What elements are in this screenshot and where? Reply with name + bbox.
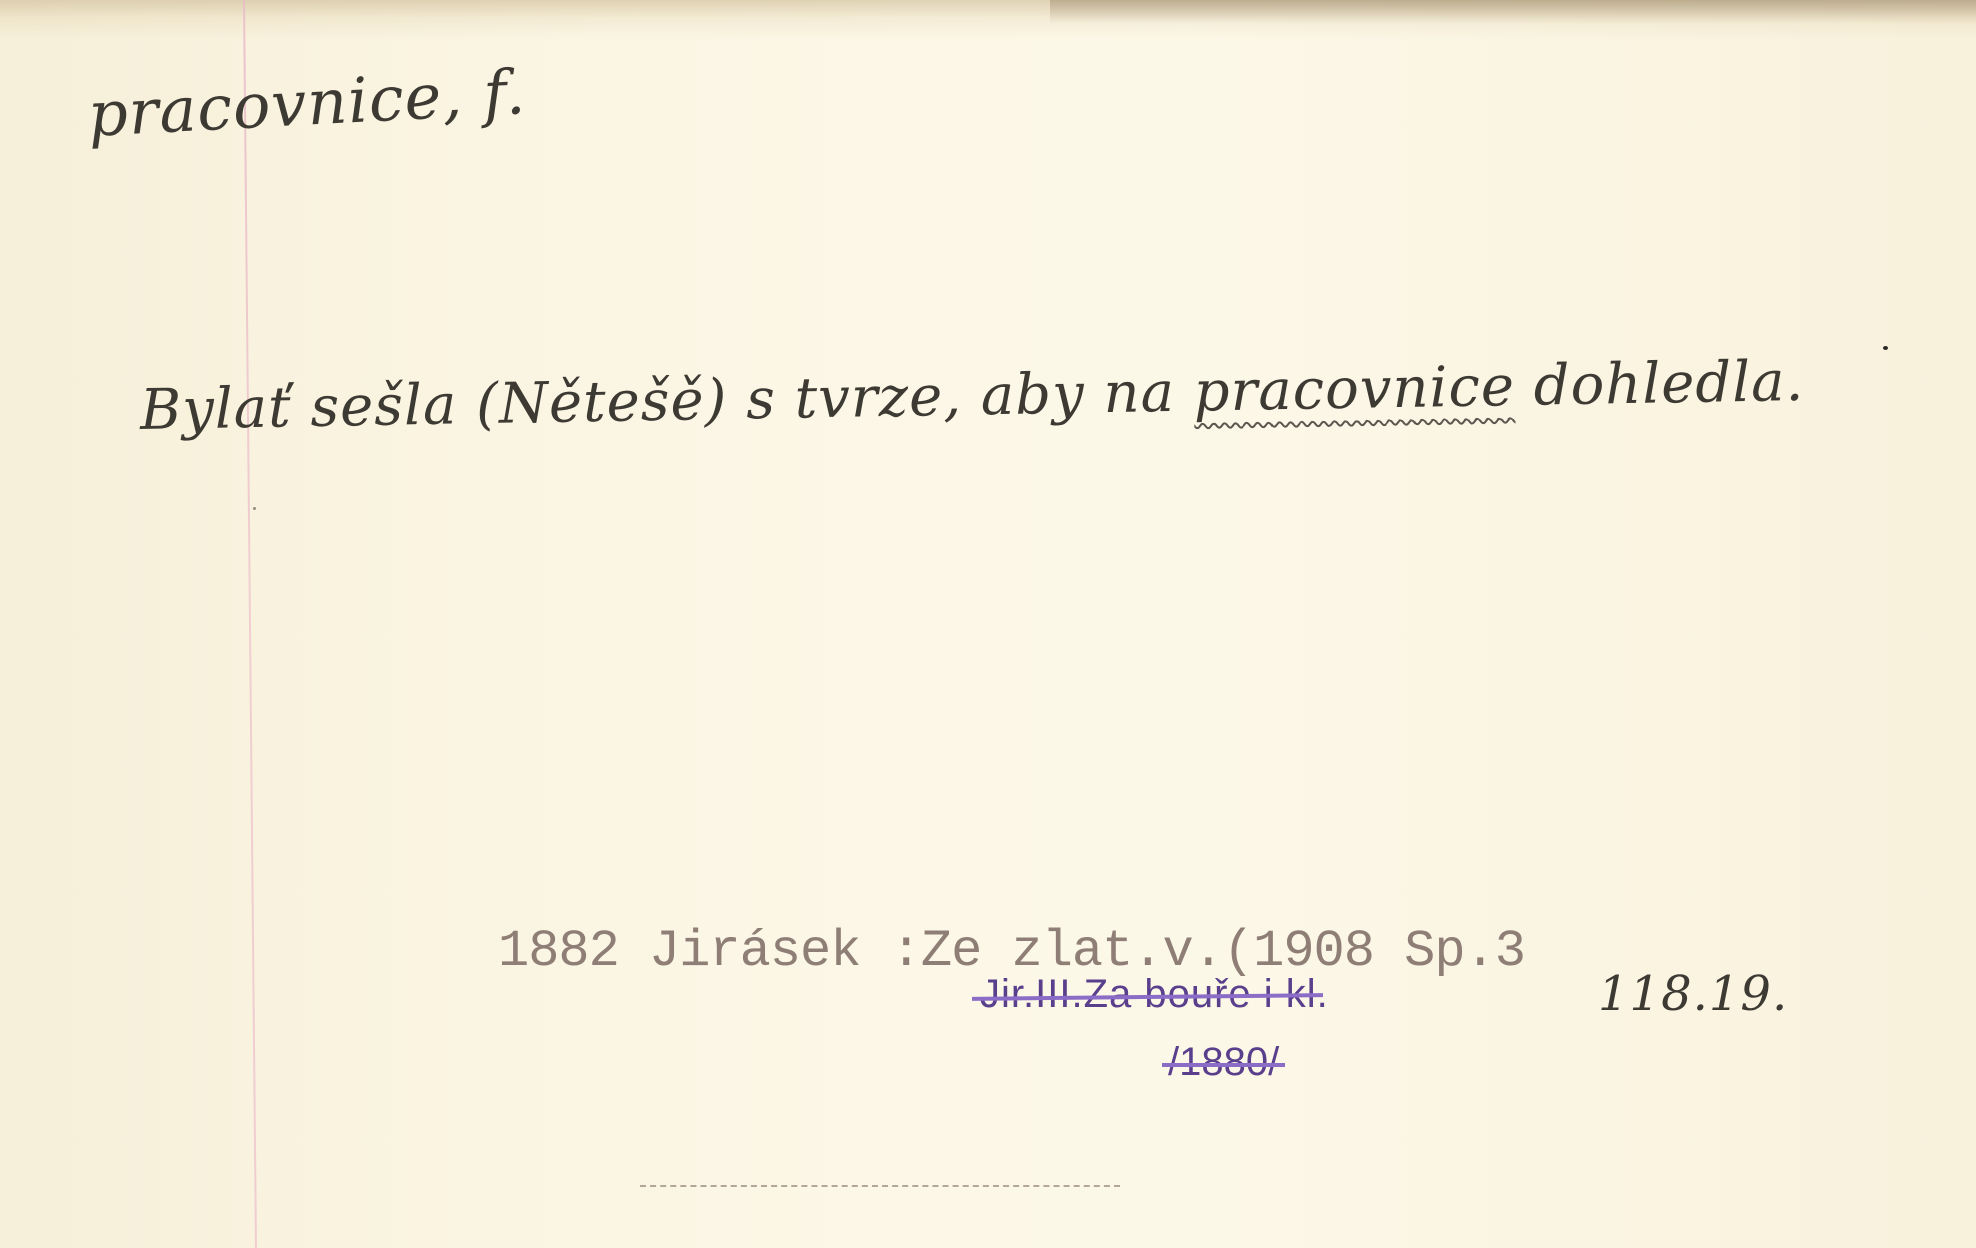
example-sentence: Bylať sešla (Nětešě) s tvrze, aby na pra… — [139, 349, 1804, 443]
bottom-dashed-line — [640, 1185, 1120, 1187]
example-text-before: Bylať sešla (Nětešě) s tvrze, aby na — [139, 360, 1194, 443]
example-text-after: dohledla. — [1514, 349, 1805, 419]
headword: pracovnice, f. — [86, 55, 528, 151]
index-card: pracovnice, f. Bylať sešla (Nětešě) s tv… — [0, 0, 1976, 1248]
ink-speck — [253, 507, 256, 510]
source-location: 118.19. — [1598, 966, 1788, 1022]
source-struck-line: Jir.III.Za bouře i kl. — [980, 972, 1329, 1017]
example-underlined-word: pracovnice — [1193, 354, 1515, 425]
margin-line — [243, 0, 257, 1248]
struck-year: /1880/ — [1168, 1040, 1279, 1084]
card-top-edge-shadow — [1050, 0, 1976, 24]
source-struck-year-line: /1880/ — [1168, 1040, 1279, 1085]
struck-source-text: Jir.III.Za bouře i kl — [980, 972, 1317, 1016]
ink-speck — [1883, 346, 1888, 350]
